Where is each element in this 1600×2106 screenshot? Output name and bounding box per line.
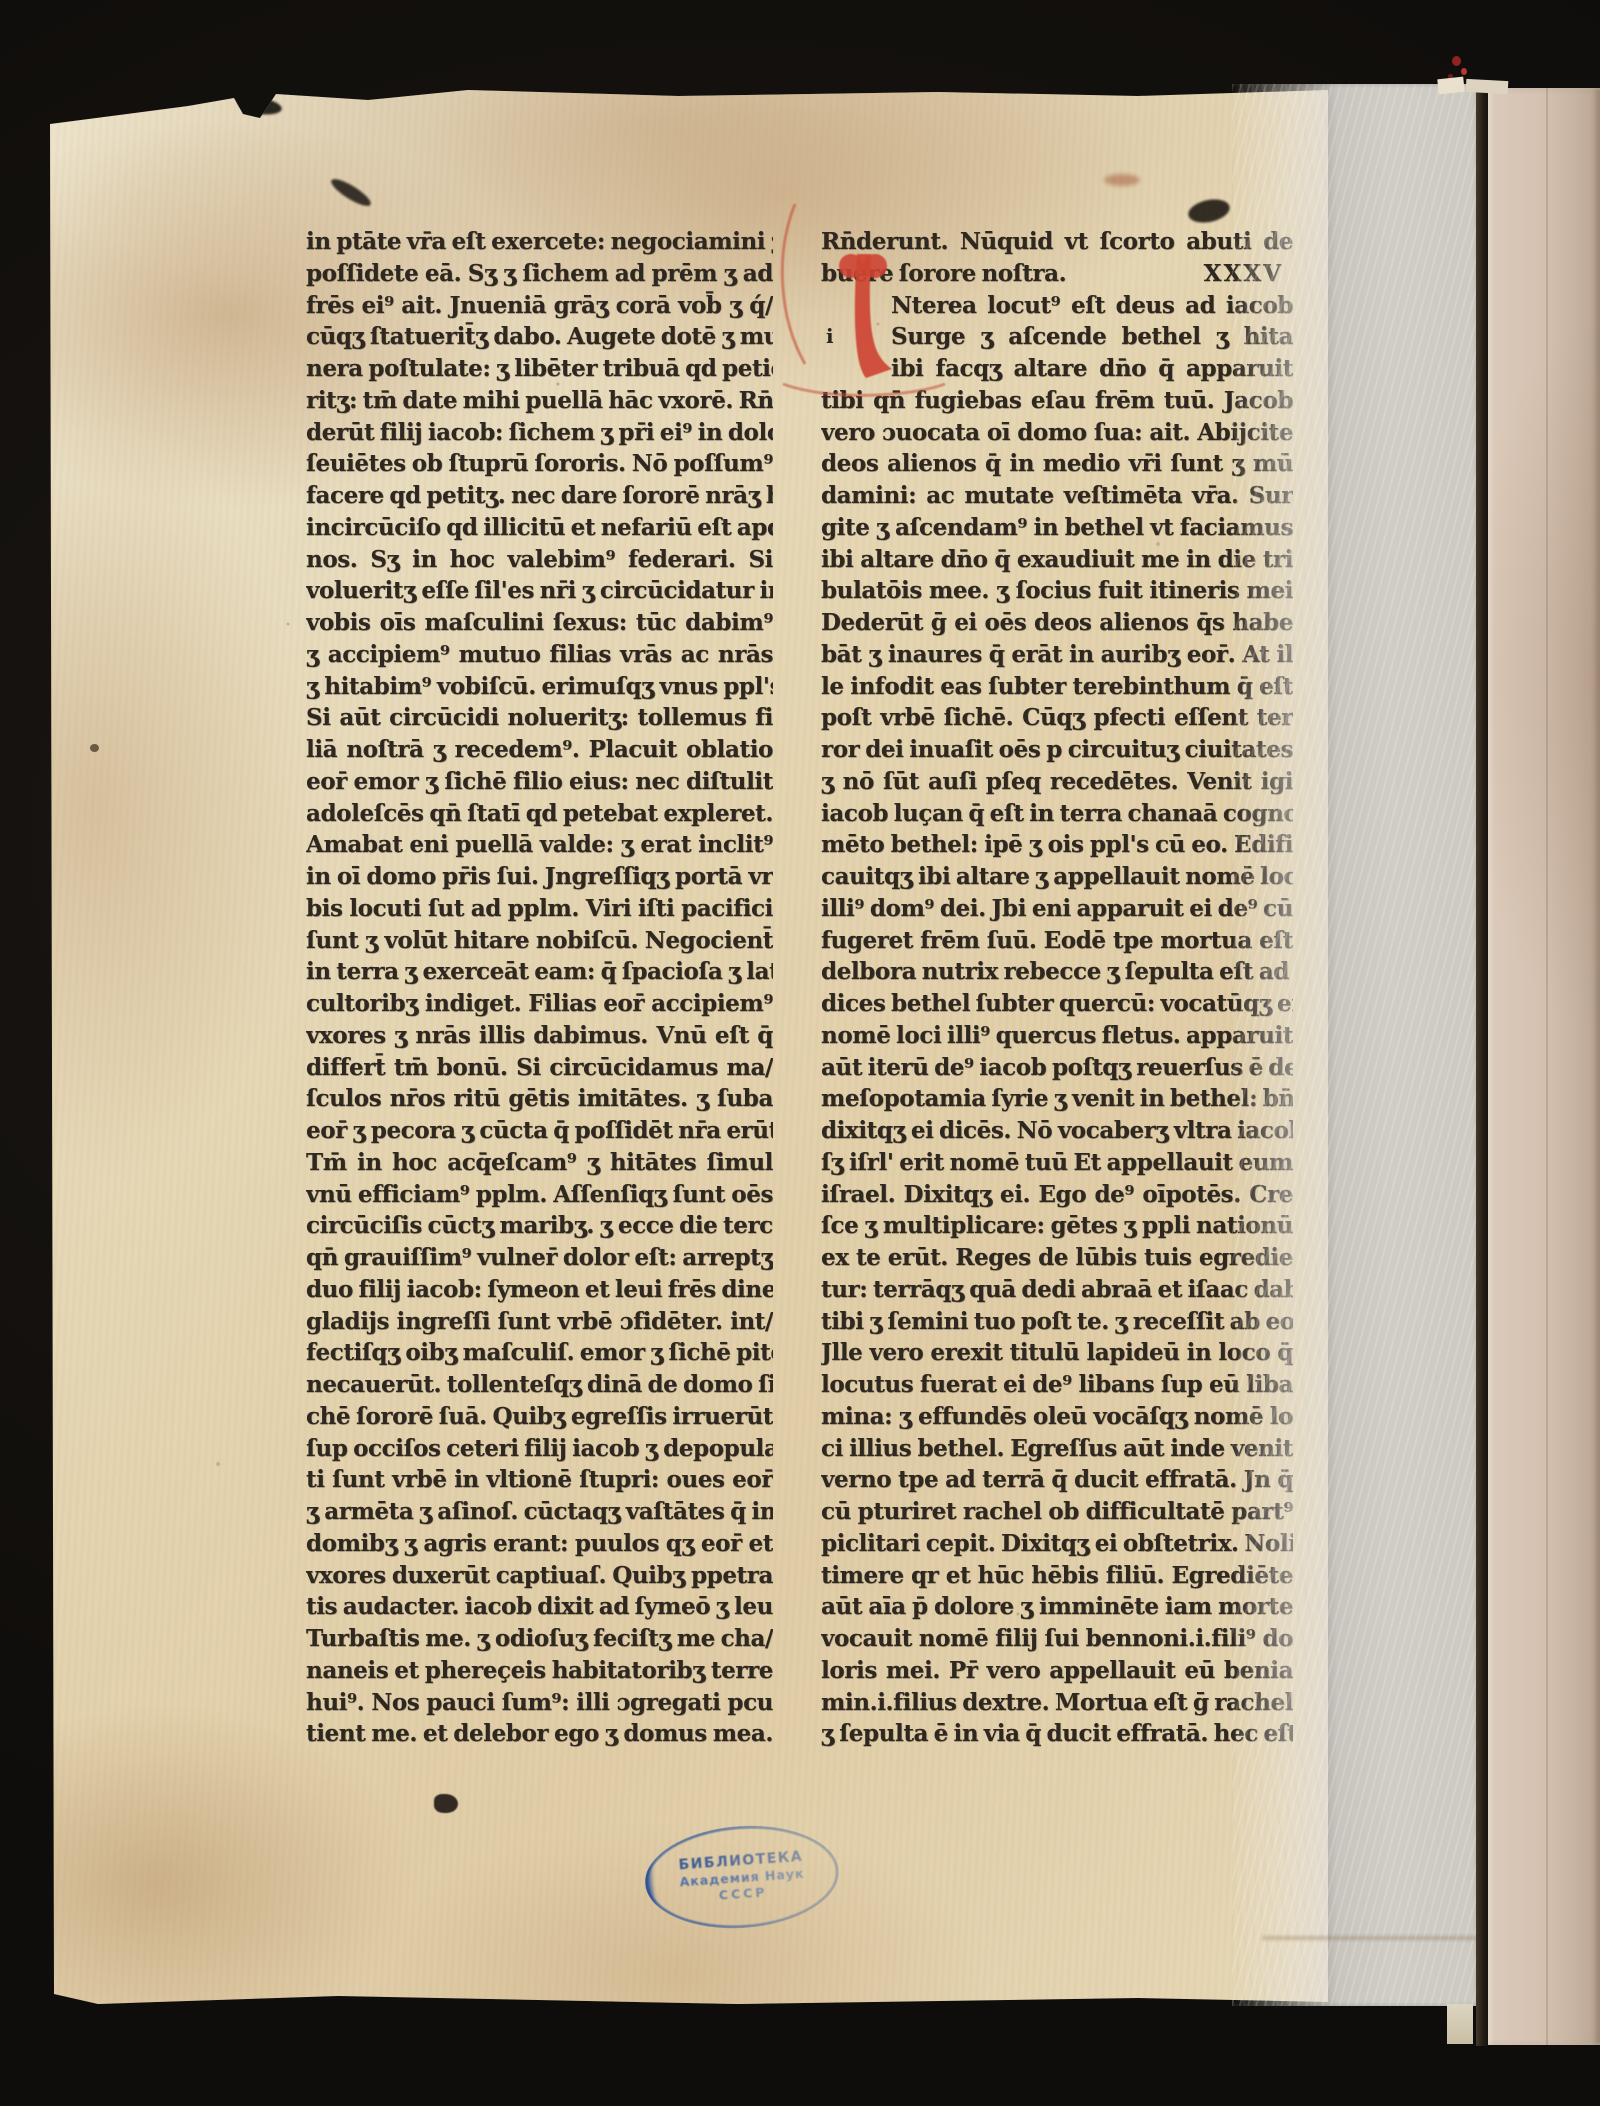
text-line: volueritʒ eſſe ſil'es nr̄i ʒ circūcidatu…: [306, 575, 773, 607]
text-line: fugeret frēm ſuū. Eodē tpe mortua eſt: [821, 925, 1293, 957]
text-line: naneis et phereçeis habitatoribʒ terre: [306, 1655, 773, 1687]
ink-smudge: [237, 95, 283, 117]
text-line: vobis oīs maſculini ſexus: tūc dabim⁹: [306, 607, 773, 639]
text-line: tient me. et delebor ego ʒ domus mea.: [306, 1718, 773, 1750]
text-line: ʒ accipiem⁹ mutuo filias vrās ac nrās: [306, 639, 773, 671]
gutter-shadow: [1476, 84, 1488, 2046]
text-line: vxores duxerūt captiuaſ. Quibʒ ppetra: [306, 1560, 773, 1592]
text-line: ſup occiſos ceteri filij iacob ʒ depopul…: [306, 1433, 773, 1465]
text-line: dices bethel ſubter quercū: vocatūqʒ eſt: [821, 988, 1293, 1020]
text-line: tibi ʒ ſemini tuo poſt te. ʒ receſſit ab…: [821, 1306, 1293, 1338]
spine-red-speck: [1452, 56, 1461, 66]
text-line: ʒ ſepulta ē in via q̄ ducit effratā. hec…: [821, 1718, 1293, 1750]
paper-fragment: [1437, 77, 1464, 95]
text-line: poſt vrbē ſichē. Cūqʒ pfecti eſſent ter: [821, 702, 1293, 734]
text-line: ʒ hitabim⁹ vobiſcū. erimuſqʒ vnus ppl's: [306, 671, 773, 703]
text-line: gladijs ingreſſi ſunt vrbē ɔfidēter. int…: [306, 1306, 773, 1338]
text-line: ex te erūt. Reges de lūbis tuis egredie: [821, 1242, 1293, 1274]
text-line: bāt ʒ inaures q̄ erāt in auribʒ eor̄. At…: [821, 639, 1293, 671]
text-line: eor̄ emor ʒ ſichē filio eius: nec diſtul…: [306, 766, 773, 798]
initial-guide-letter: i: [826, 324, 834, 348]
text-line: iacob luçan q̄ eſt in terra chanaā cogno: [821, 798, 1293, 830]
text-line: bulatōis mee. ʒ ſocius fuit itineris mei: [821, 575, 1293, 607]
text-line: duo filij iacob: ſymeon et leui frēs din…: [306, 1274, 773, 1306]
text-line: in oī domo pr̄is ſui. Jngreſſiqʒ portā v…: [306, 861, 773, 893]
text-line: facere qd petitʒ. nec dare ſororē nrāʒ h…: [306, 480, 773, 512]
text-line: ci illius bethel. Egreſſus aūt inde veni…: [821, 1433, 1293, 1465]
text-line: min.i.filius dextre. Mortua eſt ḡ rachel: [821, 1687, 1293, 1719]
paper-spot: [90, 744, 99, 752]
incunable-page: in ptāte vr̄a eſt exercete: negociamini …: [38, 84, 1328, 2006]
spine-red-speck: [1461, 68, 1467, 75]
text-line: Jlle vero erexit titulū lapideū in loco …: [821, 1337, 1293, 1369]
text-line: eor̄ ʒ pecora ʒ cūcta q̄ poſſidēt nr̄a e…: [306, 1115, 773, 1147]
text-line: ſce ʒ multiplicare: gētes ʒ ppli nationū: [821, 1210, 1293, 1242]
text-line: domibʒ ʒ agris erant: puulos qʒ eor̄ et: [306, 1528, 773, 1560]
text-line: fectiſqʒ oibʒ maſculiſ. emor ʒ ſichē pit…: [306, 1337, 773, 1369]
text-line: locutus fuerat ei de⁹ libans ſup eū liba: [821, 1369, 1293, 1401]
text-line: vnū efficiam⁹ pplm. Aſſenſiqʒ ſunt oēs: [306, 1179, 773, 1211]
text-line: ritʒ: tm̄ date mihi puellā hāc vxorē. Rn…: [306, 385, 773, 417]
text-line: in terra ʒ exerceāt eam: q̄ ſpacioſa ʒ l…: [306, 956, 773, 988]
text-line: meſopotamia ſyrie ʒ venit in bethel: bn̄…: [821, 1083, 1293, 1115]
text-line: mēto bethel: ipē ʒ ois ppl's cū eo. Edif…: [821, 829, 1293, 861]
text-line: circūciſis cūctʒ maribʒ. ʒ ecce die terc…: [306, 1210, 773, 1242]
rubricated-initial-I: [773, 196, 948, 411]
page-crease: [1546, 88, 1548, 2045]
text-line: aūt iterū de⁹ iacob poſtqʒ reuerſus ē de: [821, 1052, 1293, 1084]
text-line: deos alienos q̄ in medio vr̄i ſunt ʒ mū: [821, 448, 1293, 480]
text-line: derūt filij iacob: ſichem ʒ pr̄i ei⁹ in …: [306, 417, 773, 449]
text-line: dixitqʒ ei dicēs. Nō vocaberʒ vltra iaco…: [821, 1115, 1293, 1147]
text-column-left: in ptāte vr̄a eſt exercete: negociamini …: [306, 226, 773, 1750]
text-line: Turbaſtis me. ʒ odioſuʒ feciſtʒ me cha/: [306, 1623, 773, 1655]
text-line: le infodit eas ſubter terebinthum q̄ eſt: [821, 671, 1293, 703]
text-line: nera poſtulate: ʒ libēter tribuā qd peti…: [306, 353, 773, 385]
ink-blot: [434, 1794, 458, 1813]
text-line: frēs ei⁹ ait. Jnueniā grāʒ corā vob̄ ʒ q…: [306, 290, 773, 322]
text-line: in ptāte vr̄a eſt exercete: negociamini …: [306, 226, 773, 258]
paper-fragment: [1466, 79, 1509, 94]
text-line: differt̄ tm̄ bonū. Si circūcidamus ma/: [306, 1052, 773, 1084]
text-line: ſculos nr̄os ritū gētis imitātes. ʒ ſuba: [306, 1083, 773, 1115]
ink-smudge: [328, 175, 374, 210]
text-line: bis locuti ſut ad pplm. Viri iſti pacifi…: [306, 893, 773, 925]
text-line: ſʒ iſrl' erit nomē tuū Et appellauit eum: [821, 1147, 1293, 1179]
text-line: qn̄ grauiſſim⁹ vulner̄ dolor eſt: arrept…: [306, 1242, 773, 1274]
text-column-right: Rn̄derunt. Nūquid vt ſcorto abuti debuer…: [821, 226, 1293, 1750]
text-line: incircūciſo qd illicitū et nefariū eſt a…: [306, 512, 773, 544]
facing-page-edge: [1488, 88, 1600, 2045]
text-line: Dederūt ḡ ei oēs deos alienos q̄s habe: [821, 607, 1293, 639]
chapter-number: XXXV: [1204, 258, 1283, 290]
text-line: nomē loci illi⁹ quercus fletus. apparuit: [821, 1020, 1293, 1052]
text-line: tis audacter. iacob dixit ad ſymeō ʒ leu…: [306, 1591, 773, 1623]
photographed-book-opening: in ptāte vr̄a eſt exercete: negociamini …: [0, 0, 1600, 2106]
text-line: hui⁹. Nos pauci ſum⁹: illi ɔgregati pcu: [306, 1687, 773, 1719]
library-stamp: БИБЛИОТЕКА Академия Наук СССР: [642, 1819, 843, 1934]
text-line: gite ʒ aſcendam⁹ in bethel vt faciamus: [821, 512, 1293, 544]
text-line: ti ſunt vrbē in vltionē ſtupri: oues eor…: [306, 1464, 773, 1496]
text-line: adoleſcēs qn̄ ſtatī qd petebat expleret.: [306, 798, 773, 830]
text-line: cultoribʒ indiget. Filias eor̄ accipiem⁹: [306, 988, 773, 1020]
text-line: vocauit nomē filij ſui bennoni.i.fili⁹ d…: [821, 1623, 1293, 1655]
gutter-paper-edge: [1447, 2004, 1473, 2044]
text-line: ſunt ʒ volūt hitare nobiſcū. Negocient̄: [306, 925, 773, 957]
text-line: vero ɔuocata oī domo ſua: ait. Abijcite: [821, 417, 1293, 449]
ink-smudge: [1186, 196, 1232, 226]
text-line: cauitqʒ ibi altare ʒ appellauit nomē loc…: [821, 861, 1293, 893]
text-line: Si aūt circūcidi nolueritʒ: tollemus fi: [306, 702, 773, 734]
text-line: verno tpe ad terrā q̄ ducit effratā. Jn …: [821, 1464, 1293, 1496]
text-line: ror dei inuaſit oēs p circuituʒ ciuitate…: [821, 734, 1293, 766]
text-line: vxores ʒ nrās illis dabimus. Vnū eſt q̄: [306, 1020, 773, 1052]
text-line: ʒ nō ſūt auſi pſeq recedētes. Venit igi: [821, 766, 1293, 798]
text-line: cū pturiret rachel ob difficultatē part⁹: [821, 1496, 1293, 1528]
text-line: tur: terrāqʒ quā dedi abraā et iſaac dab…: [821, 1274, 1293, 1306]
text-line: piclitari cepit. Dixitqʒ ei obſtetrix. N…: [821, 1528, 1293, 1560]
text-line: nos. Sʒ in hoc valebim⁹ federari. Si: [306, 544, 773, 576]
text-line: cūqʒ ſtatuerit̄ʒ dabo. Augete dotē ʒ mu/: [306, 321, 773, 353]
text-line: damini: ac mutate veſtimēta vr̄a. Sur: [821, 480, 1293, 512]
text-line: delbora nutrix rebecce ʒ ſepulta eſt ad …: [821, 956, 1293, 988]
text-line: Tm̄ in hoc acq̄eſcam⁹ ʒ hitātes ſimul: [306, 1147, 773, 1179]
text-line: timere qr et hūc hēbis filiū. Egrediēte: [821, 1560, 1293, 1592]
text-line: ibi altare dn̄o q̄ exaudiuit me in die t…: [821, 544, 1293, 576]
text-line: Amabat eni puellā valde: ʒ erat inclit⁹: [306, 829, 773, 861]
text-line: mina: ʒ effundēs oleū vocāſqʒ nomē lo: [821, 1401, 1293, 1433]
text-line: iſrael. Dixitqʒ ei. Ego de⁹ oīpotēs. Cre: [821, 1179, 1293, 1211]
stamp-line-3: СССР: [718, 1884, 768, 1902]
text-line: illi⁹ dom⁹ dei. Jbi eni apparuit ei de⁹ …: [821, 893, 1293, 925]
text-line: liā noſtrā ʒ recedem⁹. Placuit oblatio: [306, 734, 773, 766]
text-line: loris mei. Pr̄ vero appellauit eū benia: [821, 1655, 1293, 1687]
text-line: aūt aīa p̄ dolore ʒ imminēte iam morte: [821, 1591, 1293, 1623]
text-line: poſſidete eā. Sʒ ʒ ſichem ad prēm ʒ ad: [306, 258, 773, 290]
rust-stain: [1104, 174, 1140, 186]
text-line: ʒ armēta ʒ aſinoſ. cūctaqʒ vaſtātes q̄ i…: [306, 1496, 773, 1528]
text-line: chē ſororē ſuā. Quibʒ egreſſis irruerūt: [306, 1401, 773, 1433]
text-line: necauerūt. tollenteſqʒ dinā de domo ſi/: [306, 1369, 773, 1401]
text-line: ſeuiētes ob ſtuprū ſororis. Nō poſſum⁹: [306, 448, 773, 480]
